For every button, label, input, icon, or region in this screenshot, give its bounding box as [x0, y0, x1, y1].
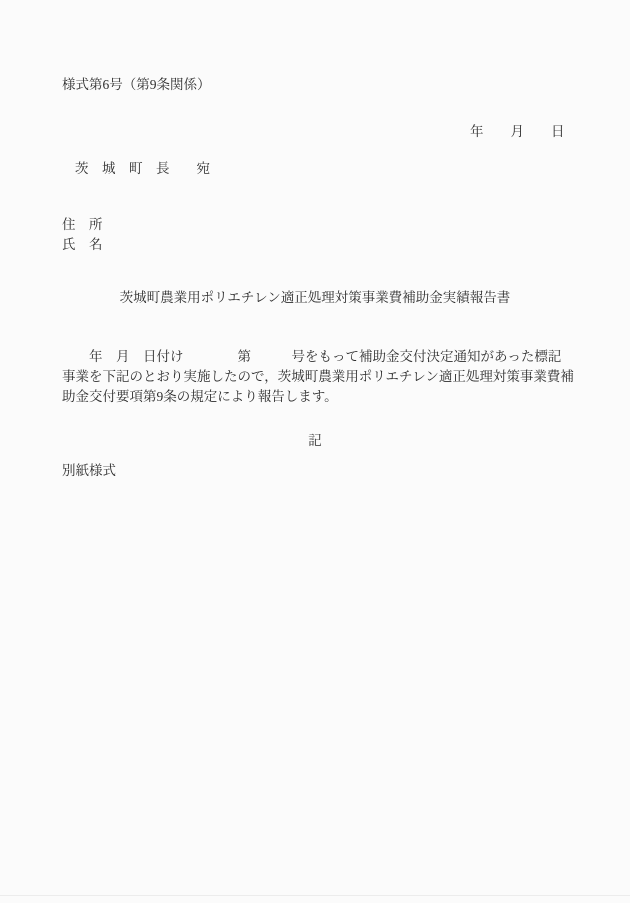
body-line: 事業を下記のとおり実施したので，茨城町農業用ポリエチレン適正処理対策事業費補 [62, 367, 574, 387]
body-line: 助金交付要項第9条の規定により報告します。 [62, 387, 574, 407]
name-label: 氏 名 [62, 237, 103, 253]
record-marker: 記 [0, 433, 630, 449]
addressee-line: 茨 城 町 長 宛 [75, 161, 210, 177]
body-line: 年 月 日付け 第 号をもって補助金交付決定通知があった標記 [62, 347, 574, 367]
document-page: 様式第6号（第9条関係） 年 月 日 茨 城 町 長 宛 住 所 氏 名 茨城町… [0, 0, 630, 903]
body-paragraph: 年 月 日付け 第 号をもって補助金交付決定通知があった標記 事業を下記のとおり… [62, 347, 574, 407]
attachment-note: 別紙様式 [62, 463, 116, 479]
form-number: 様式第6号（第9条関係） [62, 77, 211, 93]
page-bottom-edge [0, 895, 630, 896]
address-label: 住 所 [62, 217, 103, 233]
document-title: 茨城町農業用ポリエチレン適正処理対策事業費補助金実績報告書 [0, 290, 630, 306]
date-line: 年 月 日 [470, 124, 565, 140]
